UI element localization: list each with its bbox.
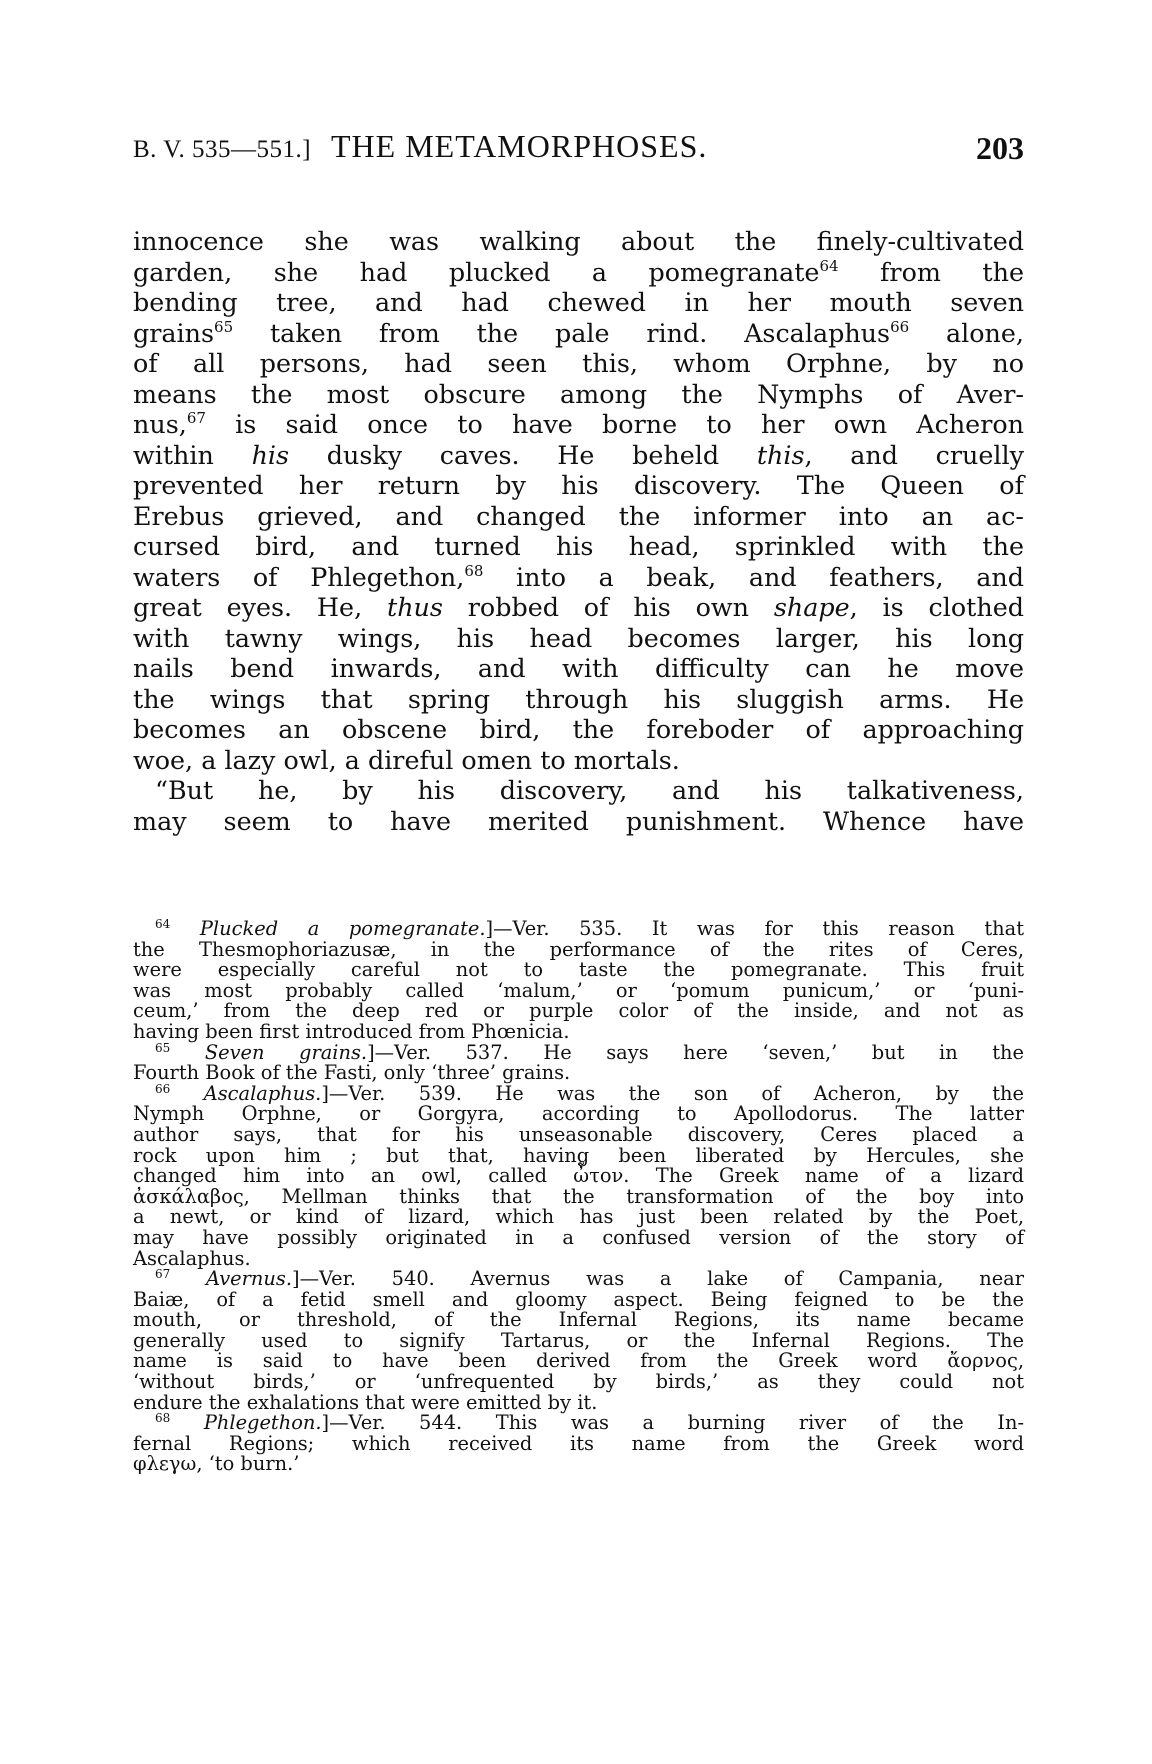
footnote-line: mouth, or threshold, of the Infernal Reg…: [133, 1310, 1024, 1331]
footnote-ref-67[interactable]: 67: [187, 409, 206, 427]
footnote-line: author says, that for his unseasonable d…: [133, 1125, 1024, 1146]
footnote-ref-64[interactable]: 64: [819, 257, 838, 275]
italic-text: thus: [387, 592, 443, 622]
footnote-text: He was the son of Acheron, by the: [495, 1082, 1024, 1105]
text-run: is said once to have borne to her own Ac…: [206, 409, 1024, 439]
text-line: prevented her return by his discovery. T…: [133, 470, 1024, 501]
verse-reference: ]—Ver. 544.: [322, 1411, 463, 1434]
footnote-line: Baiæ, of a fetid smell and gloomy aspect…: [133, 1290, 1024, 1311]
footnote-ref-68[interactable]: 68: [464, 562, 483, 580]
text-run: taken from the pale rind. Ascalaphus: [233, 318, 890, 348]
text-line: with tawny wings, his head becomes large…: [133, 623, 1024, 654]
running-head-title: THE METAMORPHOSES.: [331, 128, 707, 165]
footnote-text: He says here ‘seven,’ but in the: [543, 1041, 1024, 1064]
footnote-number: 68: [155, 1411, 170, 1425]
text-line: nails bend inwards, and with difficulty …: [133, 653, 1024, 684]
footnote-text: Avernus was a lake of Campania, near: [471, 1267, 1024, 1290]
text-line: woe, a lazy owl, a direful omen to morta…: [133, 745, 1024, 776]
footnote-68: 68 Phlegethon.]—Ver. 544. This was a bur…: [133, 1413, 1024, 1434]
text-line: grains65 taken from the pale rind. Ascal…: [133, 318, 1024, 349]
text-run: grains: [133, 318, 214, 348]
footnote-lemma: Phlegethon.: [204, 1411, 322, 1434]
footnote-line: ἀσκάλαβος, Mellman thinks that the trans…: [133, 1187, 1024, 1208]
footnote-line: Nymph Orphne, or Gorgyra, according to A…: [133, 1104, 1024, 1125]
running-header: B. V. 535—551.] THE METAMORPHOSES. 203: [133, 128, 1024, 168]
footnote-line: may have possibly originated in a confus…: [133, 1228, 1024, 1249]
text-run: from the: [839, 257, 1024, 287]
text-line: nus,67 is said once to have borne to her…: [133, 409, 1024, 440]
text-run: within: [133, 440, 252, 470]
italic-text: his: [252, 440, 290, 470]
text-line: waters of Phlegethon,68 into a beak, and…: [133, 562, 1024, 593]
verse-reference: ]—Ver. 539.: [321, 1082, 462, 1105]
footnote-ref-66[interactable]: 66: [890, 318, 909, 336]
footnote-line: ceum,’ from the deep red or purple color…: [133, 1001, 1024, 1022]
text-line: within his dusky caves. He beheld this, …: [133, 440, 1024, 471]
footnote-lemma: Ascalaphus.: [204, 1082, 322, 1105]
footnote-line: ‘without birds,’ or ‘unfrequented by bir…: [133, 1372, 1024, 1393]
footnote-64: 64 Plucked a pomegranate.]—Ver. 535. It …: [133, 919, 1024, 940]
footnote-line: generally used to signify Tartarus, or t…: [133, 1331, 1024, 1352]
text-line: “But he, by his discovery, and his talka…: [133, 775, 1024, 806]
footnotes: 64 Plucked a pomegranate.]—Ver. 535. It …: [133, 919, 1024, 1475]
verse-reference: ]—Ver. 537.: [367, 1041, 509, 1064]
text-line: bending tree, and had chewed in her mout…: [133, 287, 1024, 318]
footnote-number: 65: [155, 1041, 170, 1055]
verse-reference: ]—Ver. 540.: [292, 1267, 435, 1290]
running-head-reference: B. V. 535—551.]: [133, 136, 311, 164]
text-run: garden, she had plucked a pomegranate: [133, 257, 819, 287]
footnote-line: name is said to have been derived from t…: [133, 1351, 1024, 1372]
footnote-number: 64: [155, 917, 170, 931]
footnote-line: were especially careful not to taste the…: [133, 960, 1024, 981]
text-line: means the most obscure among the Nymphs …: [133, 379, 1024, 410]
text-run: dusky caves. He beheld: [289, 440, 757, 470]
footnote-line: having been first introduced from Phœnic…: [133, 1022, 1024, 1043]
text-line: of all persons, had seen this, whom Orph…: [133, 348, 1024, 379]
text-run: , is clothed: [850, 592, 1024, 622]
footnote-line: endure the exhalations that were emitted…: [133, 1393, 1024, 1414]
text-run: into a beak, and feathers, and: [483, 562, 1024, 592]
footnote-line: was most probably called ‘malum,’ or ‘po…: [133, 981, 1024, 1002]
footnote-ref-65[interactable]: 65: [214, 318, 233, 336]
page-number: 203: [976, 130, 1024, 167]
footnote-line: the Thesmophoriazusæ, in the performance…: [133, 940, 1024, 961]
text-line: Erebus grieved, and changed the informer…: [133, 501, 1024, 532]
italic-text: this: [757, 440, 805, 470]
verse-reference: ]—Ver. 535.: [486, 917, 623, 940]
footnote-line: changed him into an owl, called ὦτον. Th…: [133, 1166, 1024, 1187]
text-run: , and cruelly: [805, 440, 1024, 470]
text-line: the wings that spring through his sluggi…: [133, 684, 1024, 715]
footnote-line: φλεγω, ‘to burn.’: [133, 1454, 1024, 1475]
text-line: may seem to have merited punishment. Whe…: [133, 806, 1024, 837]
text-run: waters of Phlegethon,: [133, 562, 464, 592]
text-run: alone,: [909, 318, 1024, 348]
footnote-number: 66: [155, 1082, 170, 1096]
footnote-line: fernal Regions; which received its name …: [133, 1434, 1024, 1455]
footnote-number: 67: [155, 1267, 170, 1281]
footnote-lemma: Plucked a pomegranate.: [200, 917, 486, 940]
footnote-line: Fourth Book of the Fasti, only ‘three’ g…: [133, 1063, 1024, 1084]
main-text: innocence she was walking about the fine…: [133, 226, 1024, 836]
text-line: garden, she had plucked a pomegranate64 …: [133, 257, 1024, 288]
text-line: innocence she was walking about the fine…: [133, 226, 1024, 257]
text-line: cursed bird, and turned his head, sprink…: [133, 531, 1024, 562]
text-run: nus,: [133, 409, 187, 439]
footnote-text: It was for this reason that: [652, 917, 1024, 940]
text-line: great eyes. He, thus robbed of his own s…: [133, 592, 1024, 623]
italic-text: shape: [774, 592, 850, 622]
text-line: becomes an obscene bird, the foreboder o…: [133, 714, 1024, 745]
footnote-line: Ascalaphus.: [133, 1249, 1024, 1270]
text-run: robbed of his own: [443, 592, 774, 622]
footnote-lemma: Seven grains.: [205, 1041, 367, 1064]
footnote-65: 65 Seven grains.]—Ver. 537. He says here…: [133, 1043, 1024, 1064]
footnote-text: This was a burning river of the In-: [496, 1411, 1024, 1434]
footnote-line: a newt, or kind of lizard, which has jus…: [133, 1207, 1024, 1228]
footnote-67: 67 Avernus.]—Ver. 540. Avernus was a lak…: [133, 1269, 1024, 1290]
footnote-66: 66 Ascalaphus.]—Ver. 539. He was the son…: [133, 1084, 1024, 1105]
footnote-lemma: Avernus.: [206, 1267, 292, 1290]
text-run: great eyes. He,: [133, 592, 387, 622]
